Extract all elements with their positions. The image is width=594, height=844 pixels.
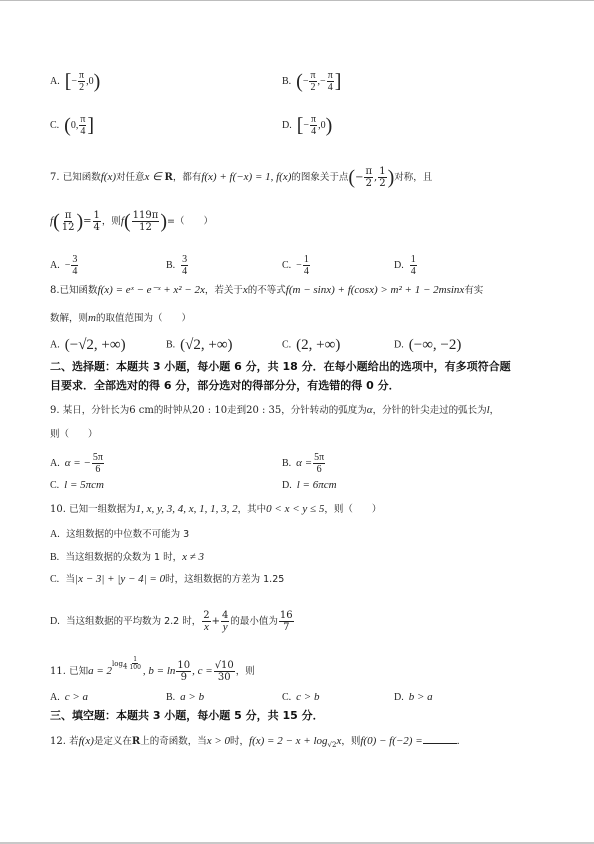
- q10-option-b: B. 当这组数据的众数为 1 时，x ≠ 3: [50, 550, 204, 565]
- q10-option-a: A. 这组数据的中位数不可能为 3: [50, 528, 189, 542]
- q11-option-a: A. c > a: [50, 690, 88, 705]
- q7-stem-line1: 7. 已知函数f(x)对任意x ∈ R，都有f(x) + f(−x) = 1, …: [50, 166, 432, 189]
- q7-option-a: A. −34: [50, 254, 79, 277]
- q8-option-a: A. (−√2, +∞): [50, 338, 126, 352]
- q6-option-b: B. (−π2,−π4]: [282, 70, 341, 93]
- page-top-border: [0, 0, 594, 1]
- q8-stem-line1: 8.已知函数f(x) = eˣ − e⁻ˣ + x² − 2x，若关于x的不等式…: [50, 283, 483, 298]
- q9-option-c: C. l = 5πcm: [50, 478, 104, 493]
- q9-option-a: A. α = −5π6: [50, 452, 105, 475]
- q10-stem: 10. 已知一组数据为1, x, y, 3, 4, x, 1, 1, 3, 2，…: [50, 502, 381, 517]
- q11-option-d: D. b > a: [394, 690, 433, 705]
- q9-option-d: D. l = 6πcm: [282, 478, 337, 493]
- q12-answer-blank: [423, 743, 457, 744]
- q7-option-b: B. 34: [166, 254, 189, 277]
- q6-option-c: C. (0,π4]: [50, 114, 94, 137]
- q8-stem-line2: 数解，则m的取值范围为（ ）: [50, 311, 191, 326]
- q7-stem-line2: f(π12)=14，则f(119π12)=（ ）: [50, 210, 213, 233]
- q9-stem-line2: 则（ ）: [50, 428, 98, 442]
- q6-option-d: D. [−π4,0): [282, 114, 332, 137]
- q9-stem-line1: 9. 某日，分针长为6 cm的时钟从20 : 10走到20 : 35，分针转动的…: [50, 403, 499, 418]
- q11-option-b: B. a > b: [166, 690, 204, 705]
- section-2-heading-line1: 二、选择题：本题共 3 小题，每小题 6 分，共 18 分．在每小题给出的选项中…: [50, 360, 511, 374]
- q8-option-d: D. (−∞, −2): [394, 338, 461, 352]
- q7-option-c: C. −14: [282, 254, 311, 277]
- q6-option-a: A. [−π2,0): [50, 70, 100, 93]
- q10-option-d: D. 当这组数据的平均数为 2.2 时，2x+4y的最小值为167: [50, 610, 295, 633]
- section-3-heading: 三、填空题：本题共 3 小题，每小题 5 分，共 15 分．: [50, 709, 324, 723]
- q12-stem: 12. 若f(x)是定义在R上的奇函数，当x > 0时，f(x) = 2 − x…: [50, 734, 467, 752]
- q9-option-b: B. α =5π6: [282, 452, 326, 475]
- q10-option-c: C. 当|x − 3| + |y − 4| = 0时，这组数据的方差为 1.25: [50, 572, 284, 587]
- q8-option-c: C. (2, +∞): [282, 338, 340, 352]
- section-2-heading-line2: 目要求．全部选对的得 6 分，部分选对的得部分分，有选错的得 0 分．: [50, 379, 400, 393]
- q11-option-c: C. c > b: [282, 690, 319, 705]
- q8-option-b: B. (√2, +∞): [166, 338, 233, 352]
- q7-option-d: D. 14: [394, 254, 418, 277]
- q11-stem: 11. 已知a = 2log41100, b = ln109, c =√1030…: [50, 660, 255, 683]
